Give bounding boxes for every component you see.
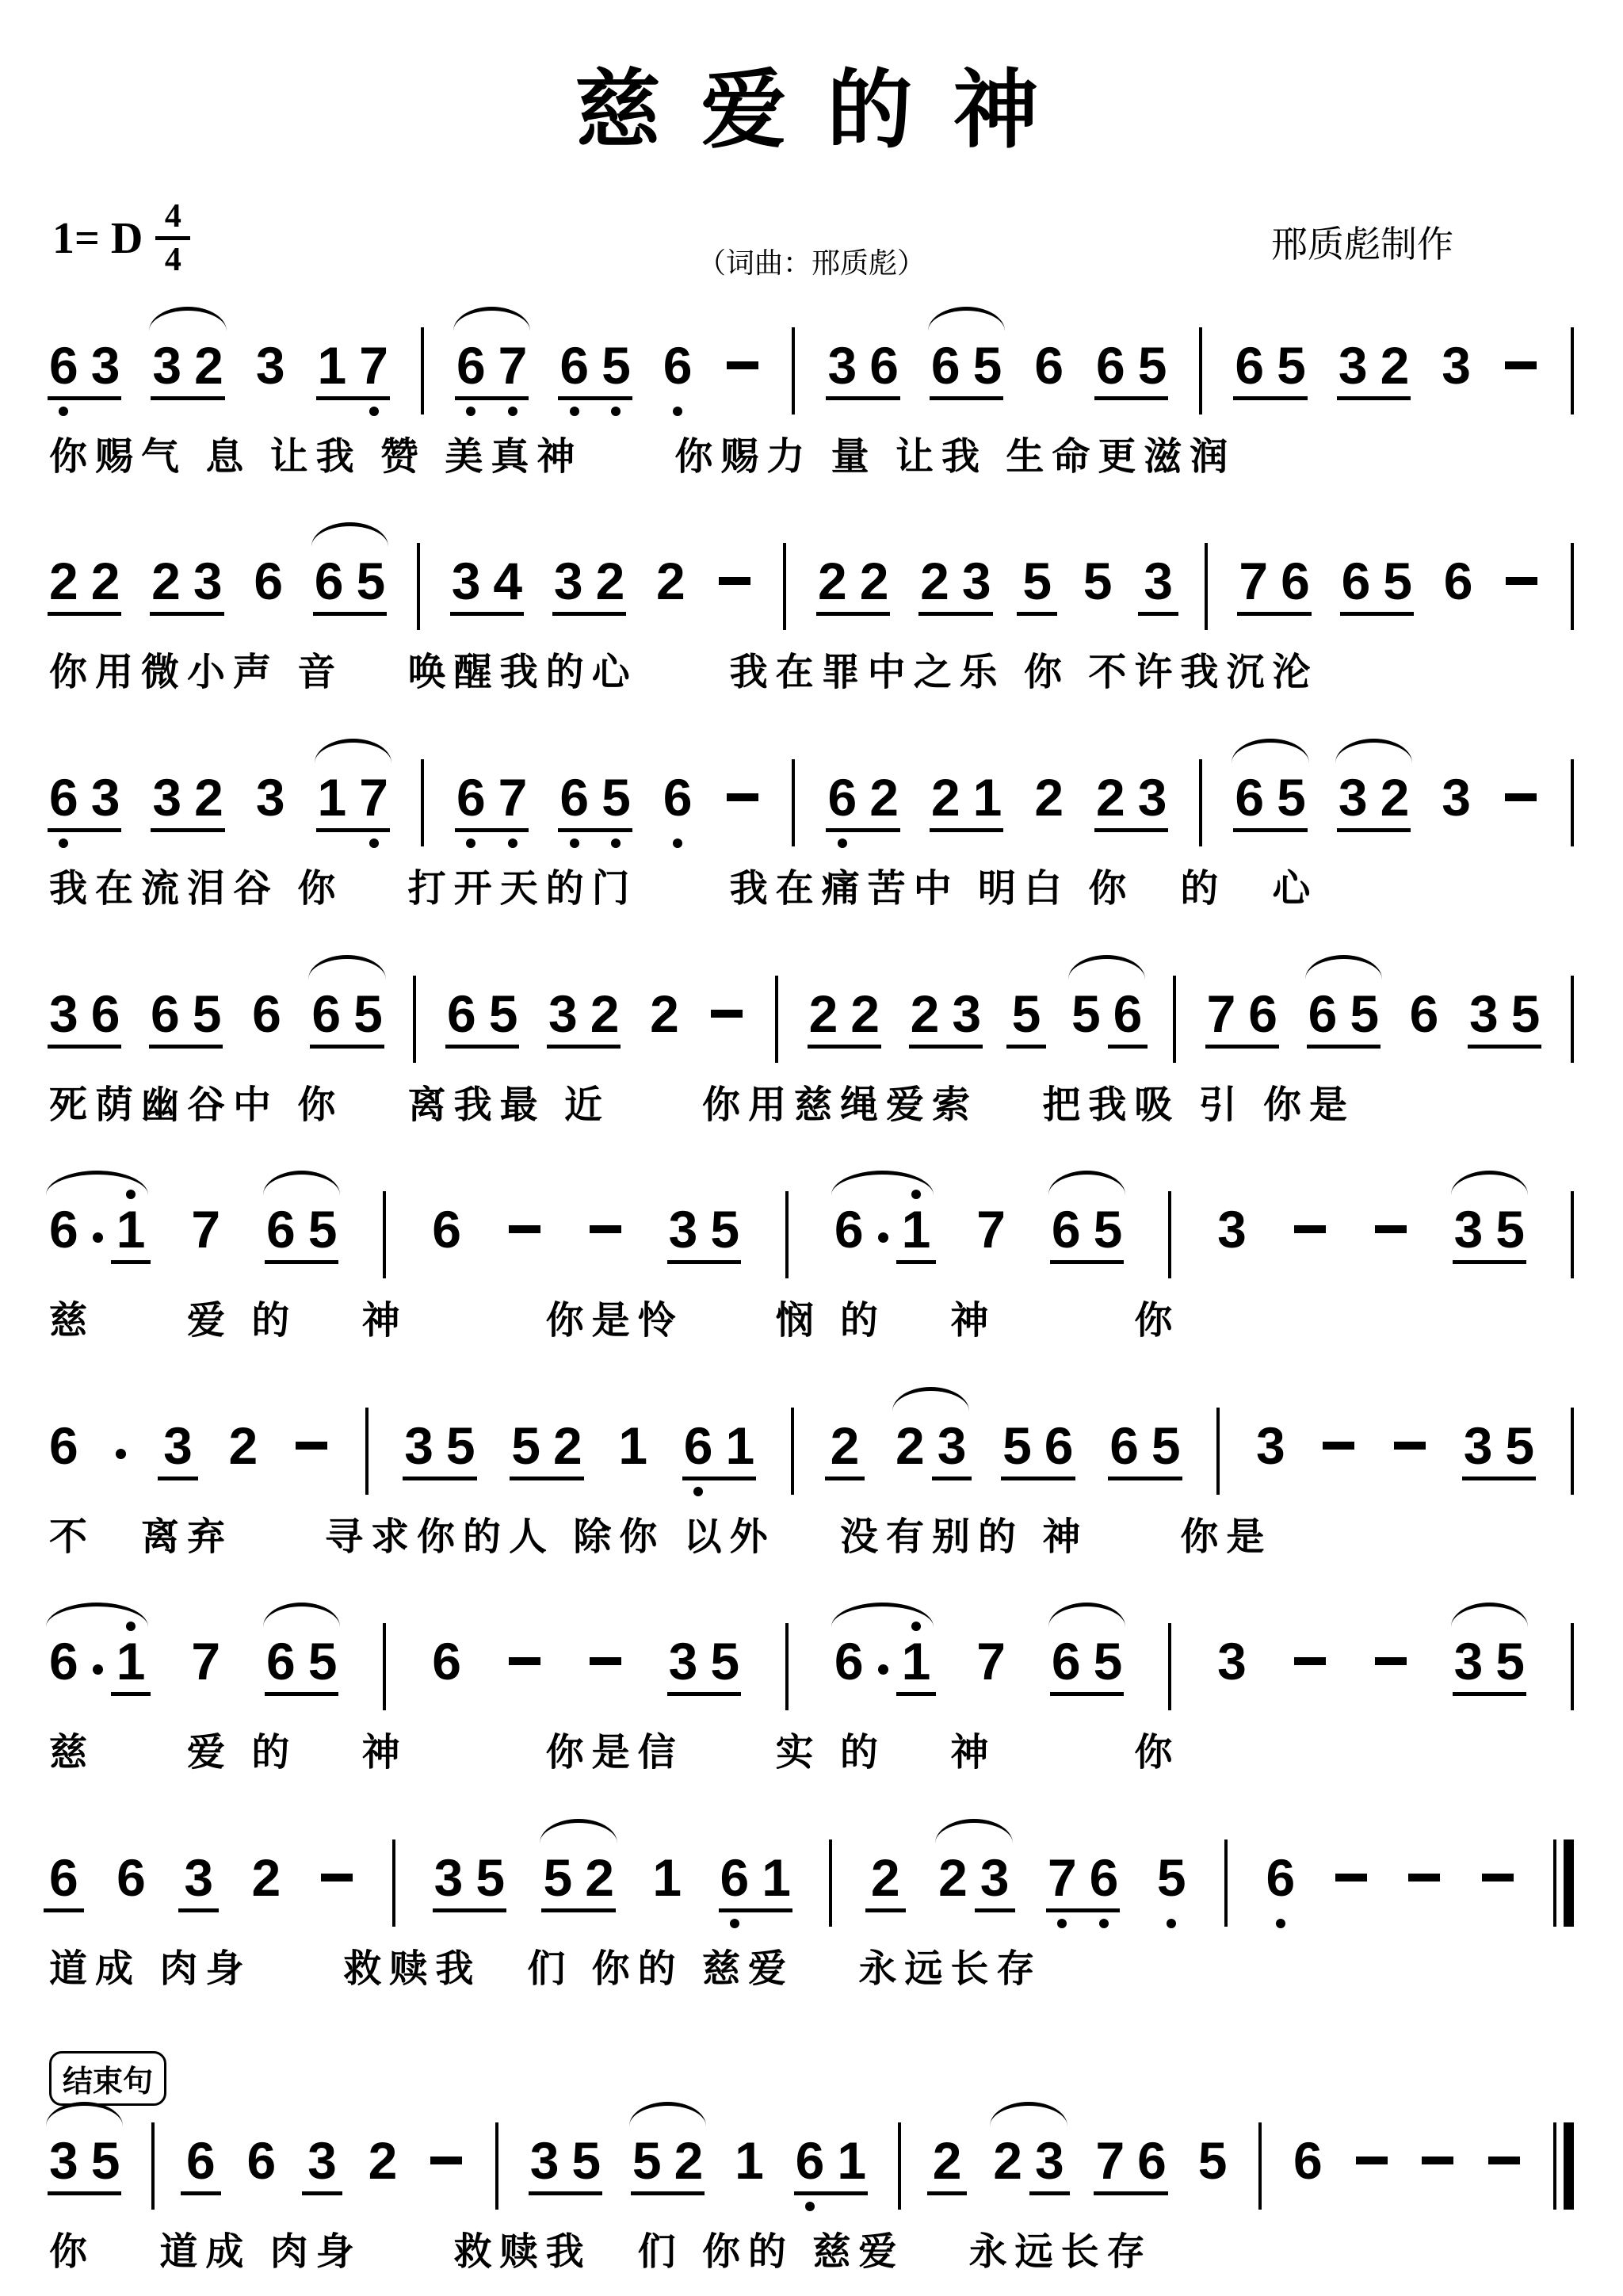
tie-arc xyxy=(1335,739,1412,763)
note: 6 xyxy=(49,319,78,418)
beam xyxy=(932,1477,972,1480)
note-digit: 5 xyxy=(308,1633,338,1690)
beam xyxy=(158,1477,198,1480)
barline xyxy=(1168,1191,1171,1278)
barline xyxy=(792,327,795,415)
note-digit: 6 xyxy=(1293,2132,1323,2189)
note: 3 xyxy=(980,1832,1010,1930)
beam-slot xyxy=(658,394,698,403)
barline xyxy=(421,327,424,415)
low-octave-slot xyxy=(805,2199,815,2213)
beam xyxy=(1138,612,1178,616)
beam xyxy=(265,1260,338,1264)
beam xyxy=(149,1045,223,1049)
barline xyxy=(151,2122,155,2210)
beam-slot xyxy=(178,1906,219,1916)
note-digit: 7 xyxy=(359,769,388,826)
beam-slot xyxy=(1288,2189,1328,2199)
barline xyxy=(392,1839,395,1927)
music-line-3: 633231767656622122365323我在流泪谷 你 打开天的门 我在… xyxy=(49,751,1574,912)
note-digit: 7 xyxy=(1207,985,1236,1042)
note-group: 22 xyxy=(49,535,120,633)
note-digit: 7 xyxy=(498,769,528,826)
barline xyxy=(829,1839,832,1927)
beam xyxy=(310,1045,384,1049)
low-octave-slot xyxy=(466,403,475,418)
note-digit: 3 xyxy=(49,985,78,1042)
note: 6 xyxy=(1044,1400,1074,1498)
beam-slot xyxy=(971,1258,1011,1267)
duration-dash xyxy=(588,1183,623,1282)
note: 6 xyxy=(1052,1615,1081,1713)
note: 6 xyxy=(834,1183,864,1282)
note: 7 xyxy=(1048,1832,1077,1930)
note-digit: 1 xyxy=(902,1201,931,1258)
note: 7 xyxy=(1239,535,1268,633)
low-octave-slot xyxy=(508,403,517,418)
note-group: 35 xyxy=(1454,1183,1525,1282)
note-digit: 2 xyxy=(809,985,838,1042)
beam xyxy=(541,1908,615,1912)
note: 1 xyxy=(973,751,1002,850)
note: 5 xyxy=(601,319,631,418)
note-digit: 6 xyxy=(116,1849,146,1906)
duration-dash xyxy=(1504,535,1539,633)
note: 2 xyxy=(1096,751,1125,850)
note-digit: 5 xyxy=(1071,985,1101,1042)
music-line-1: 633231767656366566565323你赐气 息 让我 赞 美真神 你… xyxy=(49,319,1574,480)
beam xyxy=(896,1260,937,1264)
beam xyxy=(450,612,524,616)
tie-arc xyxy=(1048,1603,1125,1627)
sheet-music: 633231767656366566565323你赐气 息 让我 赞 美真神 你… xyxy=(0,0,1623,2296)
beam-slot xyxy=(1029,2189,1070,2199)
tie-arc xyxy=(1451,1171,1528,1195)
duration-dash xyxy=(1293,1615,1327,1713)
low-octave-slot xyxy=(693,1484,703,1498)
note: 2 xyxy=(1381,751,1410,850)
tie-arc xyxy=(46,1171,148,1195)
note: 1 xyxy=(116,1183,146,1282)
note-digit: 3 xyxy=(1338,769,1368,826)
beam-slot xyxy=(1193,2189,1233,2199)
duration-dash xyxy=(1293,1183,1327,1282)
note-digit: 1 xyxy=(902,1633,931,1690)
note-digit: 7 xyxy=(498,337,528,394)
barline xyxy=(413,976,416,1063)
note-digit: 5 xyxy=(571,2132,601,2189)
beam-slot xyxy=(426,1690,467,1699)
note-digit: 5 xyxy=(308,1201,338,1258)
beam xyxy=(1337,396,1411,400)
low-octave-dot xyxy=(369,407,379,416)
note-digit: 6 xyxy=(91,985,120,1042)
note: 3 xyxy=(152,751,181,850)
augmentation-dot xyxy=(876,1615,889,1713)
note-digit: 6 xyxy=(663,337,693,394)
note-digit: 1 xyxy=(652,1849,682,1906)
low-octave-slot xyxy=(1099,1916,1109,1930)
note-group: 23 xyxy=(151,535,222,633)
tie-arc xyxy=(46,1603,148,1627)
note-digit: 2 xyxy=(931,769,960,826)
note: 6 xyxy=(931,319,960,418)
note-group: 67 xyxy=(456,751,527,850)
note-digit: 6 xyxy=(1090,1849,1119,1906)
low-octave-slot xyxy=(611,835,621,850)
note: 3 xyxy=(1144,535,1173,633)
note: 3 xyxy=(938,1400,967,1498)
note-digit: 5 xyxy=(357,552,386,609)
note: 3 xyxy=(1464,1400,1493,1498)
note: 7 xyxy=(191,1615,220,1713)
note-digit: 5 xyxy=(1505,1417,1534,1474)
note: 6 xyxy=(447,968,476,1066)
note: 3 xyxy=(1035,2115,1064,2213)
note: 3 xyxy=(669,1615,698,1713)
note-digit: 6 xyxy=(432,1633,461,1690)
note: 3 xyxy=(1256,1400,1285,1498)
note: 5 xyxy=(1094,1183,1123,1282)
barline xyxy=(783,543,786,630)
note: 3 xyxy=(49,968,78,1066)
note-group: 65 xyxy=(1109,1400,1180,1498)
low-octave-slot xyxy=(730,1916,739,1930)
note: 5 xyxy=(357,535,386,633)
note-group: 65 xyxy=(1235,319,1305,418)
note-group: 35 xyxy=(1469,968,1540,1066)
note: 1 xyxy=(652,1832,682,1930)
note-digit: 7 xyxy=(191,1633,220,1690)
note: 2 xyxy=(553,1400,582,1498)
note: 5 xyxy=(489,968,518,1066)
note: 6 xyxy=(49,1615,78,1713)
tie-arc xyxy=(453,307,530,331)
barline xyxy=(383,1623,386,1710)
duration-dash xyxy=(1373,1183,1408,1282)
note: 1 xyxy=(726,1400,755,1498)
beam-slot xyxy=(1029,394,1069,403)
music-line-2: 222366534322222355376656你用微小声 音 唤醒我的心 我在… xyxy=(49,535,1574,696)
note-digit: 1 xyxy=(735,2132,764,2189)
beam-slot xyxy=(1260,1906,1300,1916)
note-digit: 2 xyxy=(656,552,685,609)
low-octave-dot xyxy=(1167,1919,1176,1928)
note: 1 xyxy=(735,2115,764,2213)
note: 2 xyxy=(228,1400,258,1498)
note-digit: 3 xyxy=(1256,1417,1285,1474)
note-group: 65 xyxy=(315,535,385,633)
augmentation-dot xyxy=(91,1615,104,1713)
note: 3 xyxy=(1138,751,1167,850)
note-group: 52 xyxy=(632,2115,703,2213)
note-digit: 3 xyxy=(827,337,857,394)
note-digit: 3 xyxy=(1217,1201,1247,1258)
beam xyxy=(794,2191,868,2195)
note: 6 xyxy=(456,751,486,850)
note: 2 xyxy=(596,535,625,633)
note: 2 xyxy=(151,535,181,633)
beam-slot xyxy=(1436,826,1476,835)
barline xyxy=(785,1623,789,1710)
beam-slot xyxy=(158,1474,198,1484)
note-digit: 3 xyxy=(1138,769,1167,826)
note-digit: 2 xyxy=(596,552,625,609)
low-octave-dot xyxy=(508,839,517,848)
note-digit: 3 xyxy=(404,1417,433,1474)
notes-row: 6176563561765335 xyxy=(49,1183,1574,1282)
note-group: 35 xyxy=(669,1615,739,1713)
note-digit: 7 xyxy=(1095,2132,1125,2189)
music-line-6: 63235521612235665335不 离弃 寻求你的人 除你 以外 没有别… xyxy=(49,1400,1574,1561)
note-digit: 3 xyxy=(256,337,285,394)
note-digit: 2 xyxy=(91,552,120,609)
note-digit: 2 xyxy=(674,2132,704,2189)
note: 1 xyxy=(762,1832,791,1930)
note: 5 xyxy=(1012,968,1041,1066)
note-digit: 2 xyxy=(938,1849,968,1906)
barline xyxy=(1571,976,1574,1063)
note: 5 xyxy=(1002,1400,1032,1498)
beam xyxy=(1453,1692,1526,1696)
note-digit: 6 xyxy=(266,1201,296,1258)
note-group: 65 xyxy=(931,319,1002,418)
note: 3 xyxy=(962,535,991,633)
note-digit: 3 xyxy=(256,769,285,826)
note-digit: 1 xyxy=(618,1417,647,1474)
beam xyxy=(865,1908,906,1912)
barline xyxy=(1571,1191,1574,1278)
note: 6 xyxy=(1308,968,1338,1066)
note: 5 xyxy=(1083,535,1113,633)
duration-dash xyxy=(725,319,760,418)
duration-dash xyxy=(429,2115,464,2213)
note: 6 xyxy=(1444,535,1473,633)
beam-slot xyxy=(729,2189,769,2199)
duration-dash xyxy=(1503,751,1538,850)
note-group: 35 xyxy=(434,1832,505,1930)
low-octave-dot xyxy=(730,1919,739,1928)
beam xyxy=(44,1908,84,1912)
beam xyxy=(48,2191,121,2195)
note-digit: 6 xyxy=(559,337,589,394)
note-digit: 2 xyxy=(993,2132,1022,2189)
note-group: 65 xyxy=(1308,968,1379,1066)
beam-slot xyxy=(1029,826,1069,835)
note-digit: 6 xyxy=(1266,1849,1295,1906)
barline xyxy=(785,1191,789,1278)
note: 6 xyxy=(834,1615,864,1713)
note-group: 23 xyxy=(896,1400,966,1498)
note: 3 xyxy=(548,968,578,1066)
duration-dash xyxy=(1321,1400,1356,1498)
low-octave-slot xyxy=(1276,1916,1285,1930)
tie-arc xyxy=(315,739,391,763)
beam-slot xyxy=(927,2189,968,2199)
note-group: 32 xyxy=(554,535,624,633)
beam-slot xyxy=(1078,609,1118,619)
barline xyxy=(898,2122,901,2210)
note: 6 xyxy=(663,319,693,418)
note: 2 xyxy=(369,2115,398,2213)
note: 7 xyxy=(191,1183,220,1282)
beam xyxy=(316,396,390,400)
beam-slot xyxy=(975,1906,1015,1916)
note-digit: 5 xyxy=(1495,1201,1525,1258)
beam-slot xyxy=(223,1474,263,1484)
low-octave-slot xyxy=(570,835,579,850)
beam xyxy=(1046,1908,1120,1912)
note-group: 65 xyxy=(311,968,382,1066)
note-digit: 3 xyxy=(1338,337,1368,394)
note: 5 xyxy=(1022,535,1052,633)
note-group: 61 xyxy=(834,1183,930,1282)
beam-slot xyxy=(1438,609,1479,619)
note-group: 61 xyxy=(49,1615,145,1713)
note-digit: 6 xyxy=(1410,985,1439,1042)
note-group: 34 xyxy=(452,535,522,633)
note: 1 xyxy=(618,1400,647,1498)
beam xyxy=(1340,612,1414,616)
barline xyxy=(1224,1839,1228,1927)
lyrics-line: 道成 肉身 救赎我 们 你的 慈爱 永远长存 xyxy=(49,1938,1574,1992)
note-digit: 3 xyxy=(1442,769,1471,826)
note-digit: 5 xyxy=(1094,1633,1123,1690)
note: 3 xyxy=(1338,319,1368,418)
beam xyxy=(455,396,529,400)
note-digit: 3 xyxy=(980,1849,1010,1906)
note: 6 xyxy=(1034,319,1064,418)
barline xyxy=(1571,543,1574,630)
beam xyxy=(631,2191,705,2195)
note: 3 xyxy=(827,319,857,418)
duration-dash xyxy=(319,1832,354,1930)
note-digit: 2 xyxy=(860,552,889,609)
note-digit: 3 xyxy=(452,552,481,609)
note-group: 65 xyxy=(1096,319,1167,418)
note: 7 xyxy=(976,1615,1006,1713)
low-octave-dot xyxy=(673,407,682,416)
note: 2 xyxy=(938,1832,968,1930)
note: 1 xyxy=(318,319,347,418)
note-group: 32 xyxy=(1338,319,1409,418)
note: 2 xyxy=(896,1400,925,1498)
final-thick-bar xyxy=(1564,2122,1574,2210)
beam xyxy=(667,1260,741,1264)
note-digit: 6 xyxy=(834,1201,864,1258)
music-line-9: 35663235521612237656你 道成 肉身 救赎我 们 你的 慈爱 … xyxy=(49,2115,1574,2275)
note-digit: 3 xyxy=(193,552,223,609)
note-digit: 1 xyxy=(318,769,347,826)
beam-slot xyxy=(987,2189,1028,2199)
low-octave-dot xyxy=(611,839,621,848)
note-digit: 2 xyxy=(920,552,949,609)
music-line-5: 6176563561765335慈 爱 的 神 你是怜 悯 的 神 你 xyxy=(49,1183,1574,1344)
low-octave-slot xyxy=(1057,1916,1067,1930)
beam-slot xyxy=(248,609,288,619)
note: 6 xyxy=(432,1615,461,1713)
barline xyxy=(383,1191,386,1278)
note: 7 xyxy=(359,319,388,418)
note-group: 61 xyxy=(49,1183,145,1282)
note-digit: 2 xyxy=(194,337,223,394)
note: 6 xyxy=(559,319,589,418)
low-octave-slot xyxy=(369,835,379,850)
note-digit: 5 xyxy=(1277,337,1306,394)
note: 3 xyxy=(152,319,181,418)
note-digit: 3 xyxy=(184,1849,213,1906)
beam xyxy=(930,396,1003,400)
beam-slot xyxy=(111,1906,151,1916)
note-group: 32 xyxy=(1338,751,1409,850)
note-digit: 6 xyxy=(447,985,476,1042)
note-digit: 6 xyxy=(559,769,589,826)
beam-slot xyxy=(242,2189,282,2199)
note-group: 65 xyxy=(266,1183,337,1282)
note-digit: 5 xyxy=(1022,552,1052,609)
beam-slot xyxy=(363,2189,403,2199)
low-octave-dot xyxy=(1276,1919,1285,1928)
beam-slot xyxy=(1017,609,1057,619)
note-digit: 6 xyxy=(720,1849,750,1906)
note-group: 52 xyxy=(543,1832,613,1930)
note-digit: 3 xyxy=(1469,985,1499,1042)
note-digit: 5 xyxy=(1350,985,1379,1042)
note-digit: 3 xyxy=(91,337,120,394)
note: 6 xyxy=(1293,2115,1323,2213)
beam xyxy=(975,1908,1015,1912)
beam-slot xyxy=(246,1042,287,1052)
duration-dash xyxy=(1503,319,1538,418)
note: 3 xyxy=(404,1400,433,1498)
note: 5 xyxy=(1157,1832,1186,1930)
note-group: 32 xyxy=(152,751,223,850)
low-octave-dot xyxy=(693,1487,703,1496)
duration-dash xyxy=(1334,1832,1369,1930)
note-digit: 3 xyxy=(938,1417,967,1474)
note-digit: 2 xyxy=(896,1417,925,1474)
note: 6 xyxy=(827,751,857,850)
barline xyxy=(421,759,424,846)
note-digit: 6 xyxy=(1044,1417,1074,1474)
note: 5 xyxy=(353,968,383,1066)
duration-dash xyxy=(507,1183,542,1282)
note: 6 xyxy=(266,1183,296,1282)
note: 2 xyxy=(860,535,889,633)
note-digit: 3 xyxy=(152,769,181,826)
note: 5 xyxy=(193,968,222,1066)
low-octave-slot xyxy=(570,403,579,418)
note: 5 xyxy=(1277,319,1306,418)
note: 5 xyxy=(1151,1400,1181,1498)
duration-dash xyxy=(1487,2115,1522,2213)
barline xyxy=(1571,1408,1574,1495)
note-digit: 1 xyxy=(973,769,1002,826)
note: 6 xyxy=(663,751,693,850)
beam xyxy=(1337,828,1411,832)
note: 5 xyxy=(308,1183,338,1282)
duration-dash xyxy=(1354,2115,1389,2213)
note: 2 xyxy=(650,968,679,1066)
tie-arc xyxy=(1305,955,1382,980)
note: 2 xyxy=(869,751,899,850)
note-group: 36 xyxy=(49,968,120,1066)
note-digit: 2 xyxy=(49,552,78,609)
note-digit: 2 xyxy=(911,985,940,1042)
beam-slot xyxy=(246,1906,287,1916)
note: 6 xyxy=(186,2115,216,2213)
note-digit: 6 xyxy=(1444,552,1473,609)
